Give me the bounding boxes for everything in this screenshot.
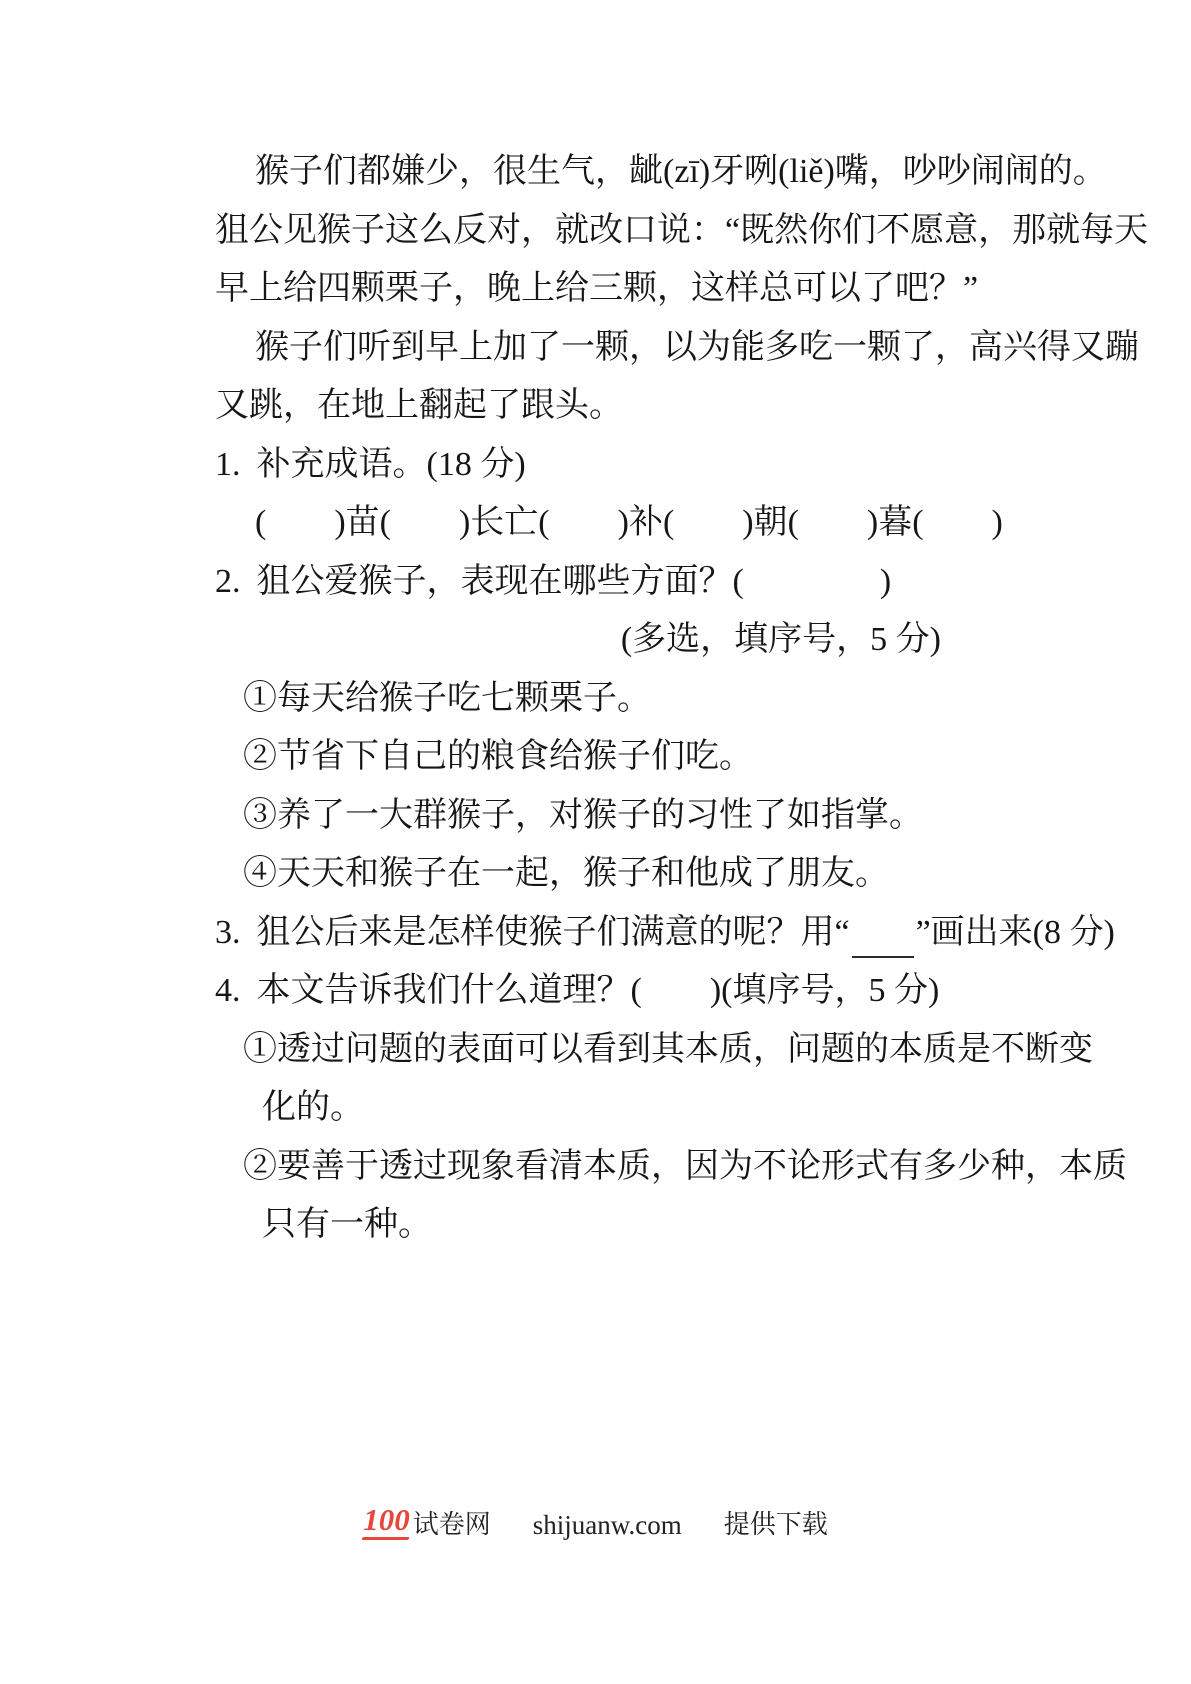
- option-item: ①透过问题的表面可以看到其本质，问题的本质是不断变: [215, 1021, 941, 1080]
- site-domain: shijuanw.com: [533, 1510, 682, 1541]
- logo-100-icon: 100: [363, 1504, 413, 1541]
- question-3-label: 3.狙公后来是怎样使猴子们满意的呢？用“”画出来(8 分): [215, 904, 941, 963]
- idiom-blank-group: ( )苗( )长: [255, 494, 504, 553]
- answer-blank: [852, 922, 914, 958]
- question-1-label: 1.补充成语。(18 分): [215, 436, 941, 495]
- question-text: ”画出来(8 分): [916, 914, 1115, 951]
- score-note: (多选，填序号，5 分): [215, 611, 941, 670]
- idiom-blanks-row: ( )苗( )长 亡( )补( ) 朝( )暮( ): [215, 494, 941, 553]
- footer: 100 试卷网 shijuanw.com 提供下载: [0, 1504, 1191, 1541]
- logo-underline: [362, 1537, 410, 1540]
- question-text: 狙公爱猴子，表现在哪些方面？( ): [257, 563, 892, 600]
- option-item: ④天天和猴子在一起，猴子和他成了朋友。: [215, 845, 941, 904]
- question-4-label: 4.本文告诉我们什么道理？( )(填序号，5 分): [215, 962, 941, 1021]
- idiom-blank-group: 亡( )补( ): [504, 494, 753, 553]
- passage-line: 又跳，在地上翻起了跟头。: [215, 377, 941, 436]
- test-paper-page: 猴子们都嫌少，很生气，龇(zī)牙咧(liě)嘴，吵吵闹闹的。 狙公见猴子这么反…: [0, 0, 1191, 1684]
- idiom-blank-group: 朝( )暮( ): [754, 494, 1003, 553]
- question-text: 补充成语。(18 分): [257, 446, 526, 483]
- site-logo: 100 试卷网: [363, 1504, 491, 1541]
- passage-line: 早上给四颗栗子，晚上给三颗，这样总可以了吧？”: [215, 260, 941, 319]
- page-content: 猴子们都嫌少，很生气，龇(zī)牙咧(liě)嘴，吵吵闹闹的。 狙公见猴子这么反…: [215, 143, 941, 1255]
- question-number: 3.: [215, 904, 241, 963]
- question-number: 4.: [215, 962, 241, 1021]
- question-number: 1.: [215, 436, 241, 495]
- option-item: ②节省下自己的粮食给猴子们吃。: [215, 728, 941, 787]
- option-item: ①每天给猴子吃七颗栗子。: [215, 670, 941, 729]
- passage-line: 猴子们都嫌少，很生气，龇(zī)牙咧(liě)嘴，吵吵闹闹的。: [215, 143, 941, 202]
- option-item-continuation: 只有一种。: [215, 1196, 941, 1255]
- option-item: ③养了一大群猴子，对猴子的习性了如指掌。: [215, 787, 941, 846]
- option-item: ②要善于透过现象看清本质，因为不论形式有多少种，本质: [215, 1138, 941, 1197]
- passage-line: 狙公见猴子这么反对，就改口说：“既然你们不愿意，那就每天: [215, 202, 941, 261]
- logo-suffix: 试卷网: [413, 1504, 491, 1541]
- question-text: 本文告诉我们什么道理？( )(填序号，5 分): [257, 972, 940, 1009]
- download-note: 提供下载: [724, 1504, 828, 1541]
- question-number: 2.: [215, 553, 241, 612]
- passage-line: 猴子们听到早上加了一颗，以为能多吃一颗了，高兴得又蹦: [215, 319, 941, 378]
- question-2-label: 2.狙公爱猴子，表现在哪些方面？( ): [215, 553, 941, 612]
- question-text: 狙公后来是怎样使猴子们满意的呢？用“: [257, 914, 850, 951]
- option-item-continuation: 化的。: [215, 1079, 941, 1138]
